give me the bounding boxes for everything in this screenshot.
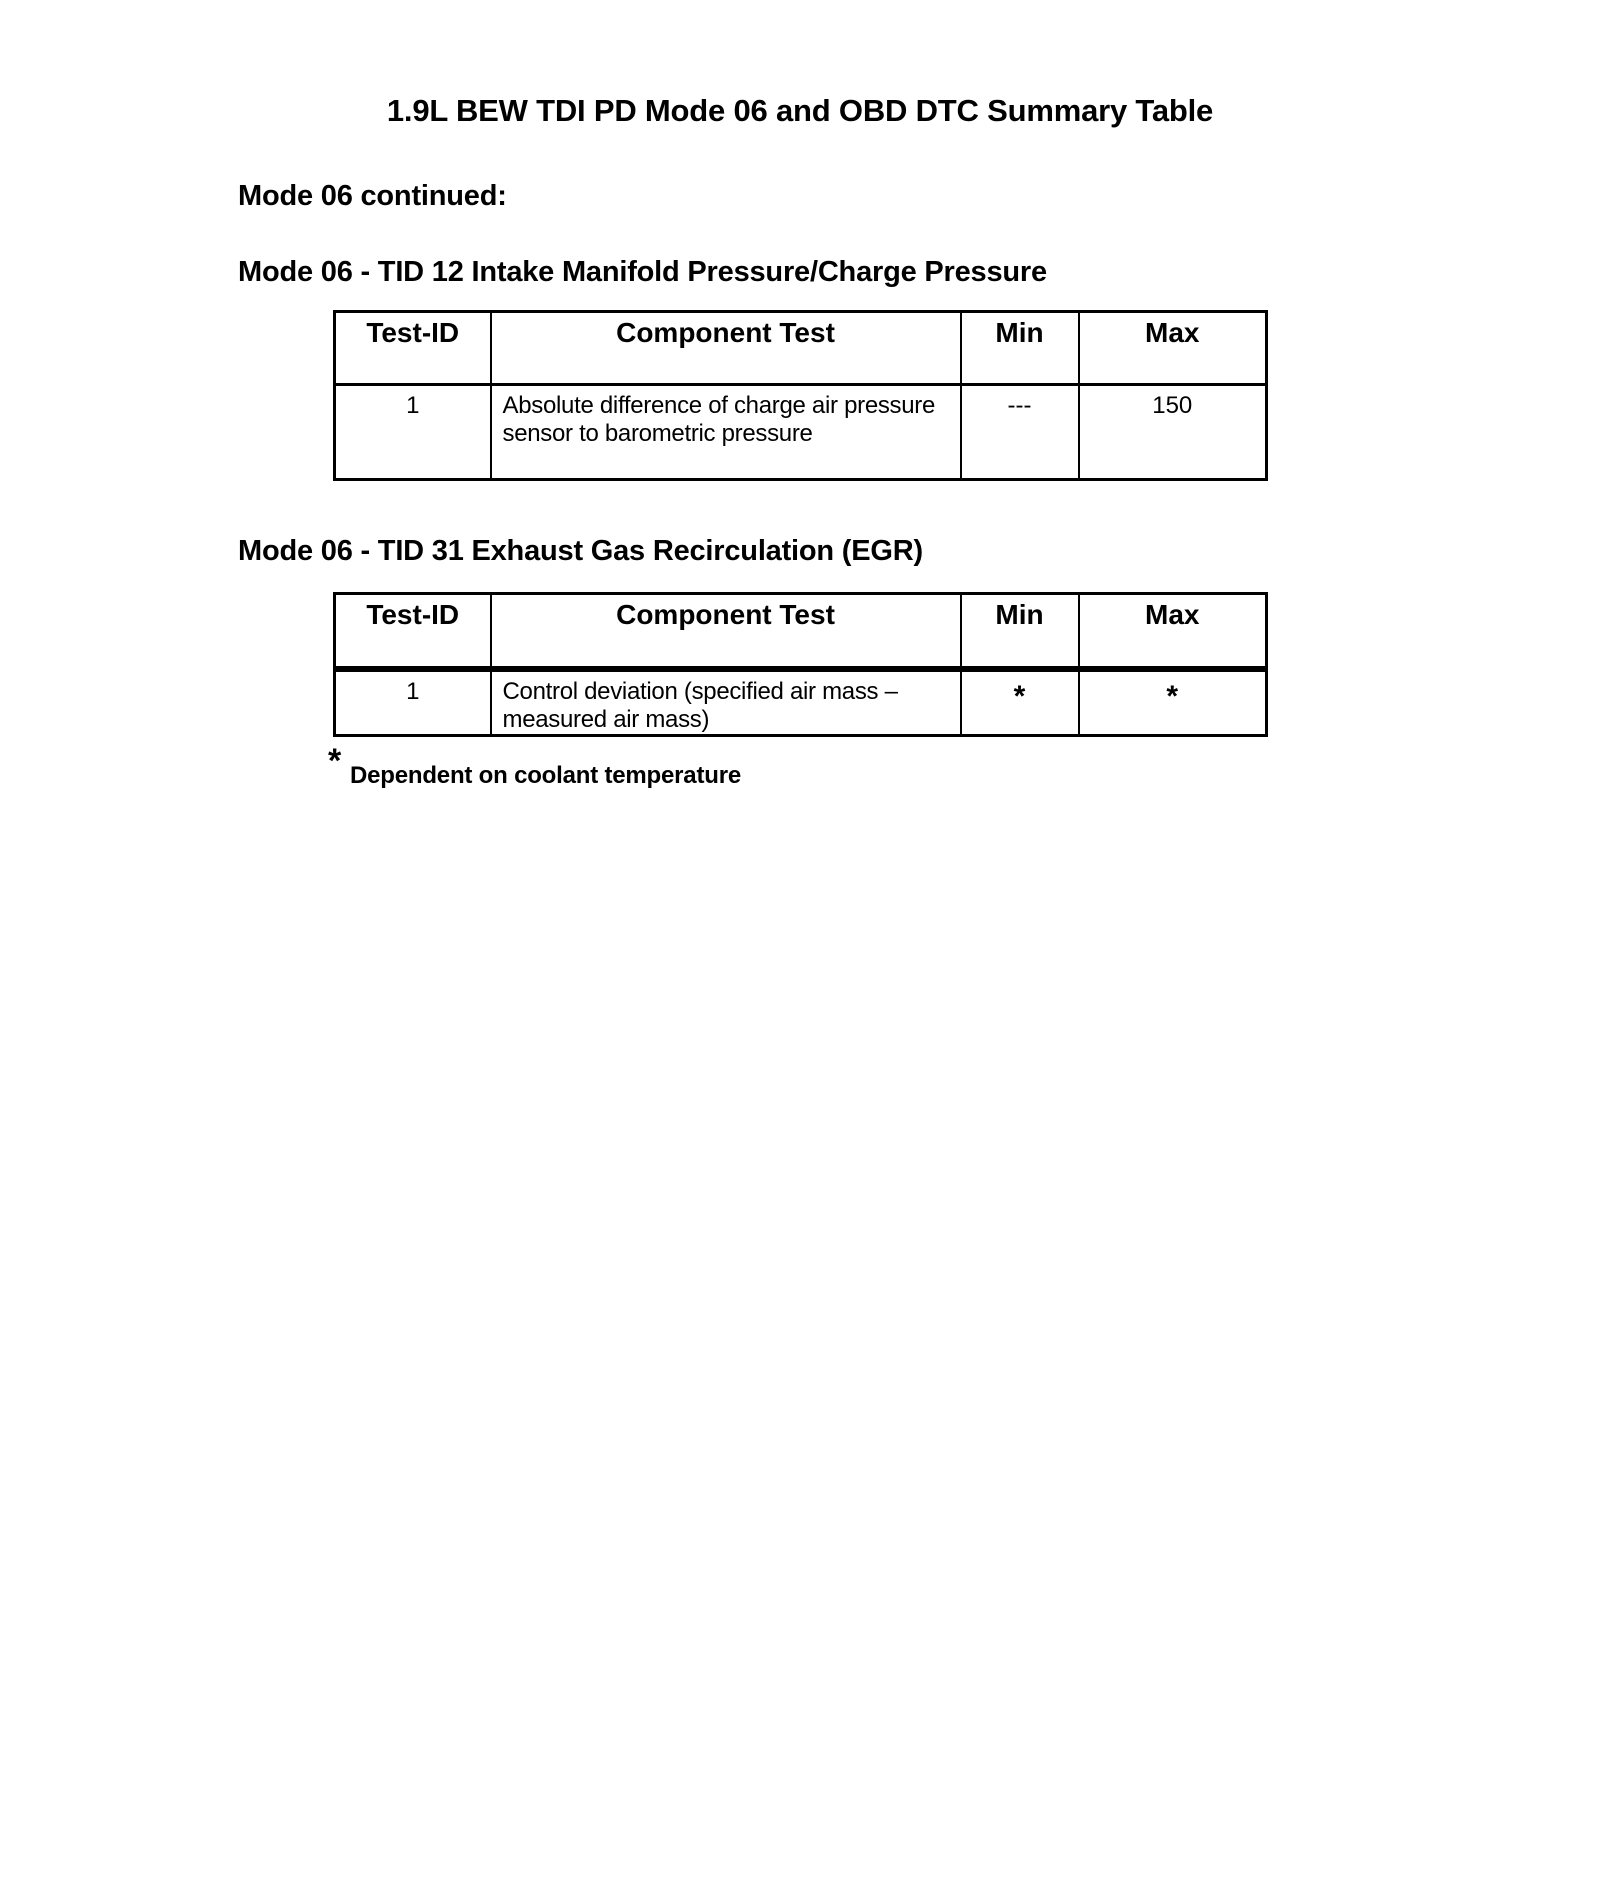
cell-test-id: 1 (335, 669, 491, 736)
column-header-test-id: Test-ID (335, 594, 491, 669)
table-heading-tid12: Mode 06 - TID 12 Intake Manifold Pressur… (238, 257, 1047, 287)
cell-component-test: Control deviation (specified air mass – … (491, 669, 961, 736)
column-header-max: Max (1079, 312, 1267, 385)
cell-min: * (961, 669, 1079, 736)
table-header-row: Test-ID Component Test Min Max (335, 594, 1267, 669)
cell-min: --- (961, 385, 1079, 480)
column-header-test-id: Test-ID (335, 312, 491, 385)
cell-max: * (1079, 669, 1267, 736)
cell-max: 150 (1079, 385, 1267, 480)
table-tid31: Test-ID Component Test Min Max 1 Control… (333, 592, 1268, 737)
table-row: 1 Absolute difference of charge air pres… (335, 385, 1267, 480)
footnote-marker: * (328, 744, 341, 778)
table-header-row: Test-ID Component Test Min Max (335, 312, 1267, 385)
document-title: 1.9L BEW TDI PD Mode 06 and OBD DTC Summ… (0, 95, 1600, 126)
column-header-component-test: Component Test (491, 594, 961, 669)
column-header-component-test: Component Test (491, 312, 961, 385)
footnote-text: Dependent on coolant temperature (350, 764, 741, 788)
table-tid12: Test-ID Component Test Min Max 1 Absolut… (333, 310, 1268, 481)
column-header-max: Max (1079, 594, 1267, 669)
cell-test-id: 1 (335, 385, 491, 480)
table-heading-tid31: Mode 06 - TID 31 Exhaust Gas Recirculati… (238, 536, 923, 566)
cell-component-test: Absolute difference of charge air pressu… (491, 385, 961, 480)
table-row: 1 Control deviation (specified air mass … (335, 669, 1267, 736)
column-header-min: Min (961, 312, 1079, 385)
column-header-min: Min (961, 594, 1079, 669)
section-heading: Mode 06 continued: (238, 181, 507, 211)
